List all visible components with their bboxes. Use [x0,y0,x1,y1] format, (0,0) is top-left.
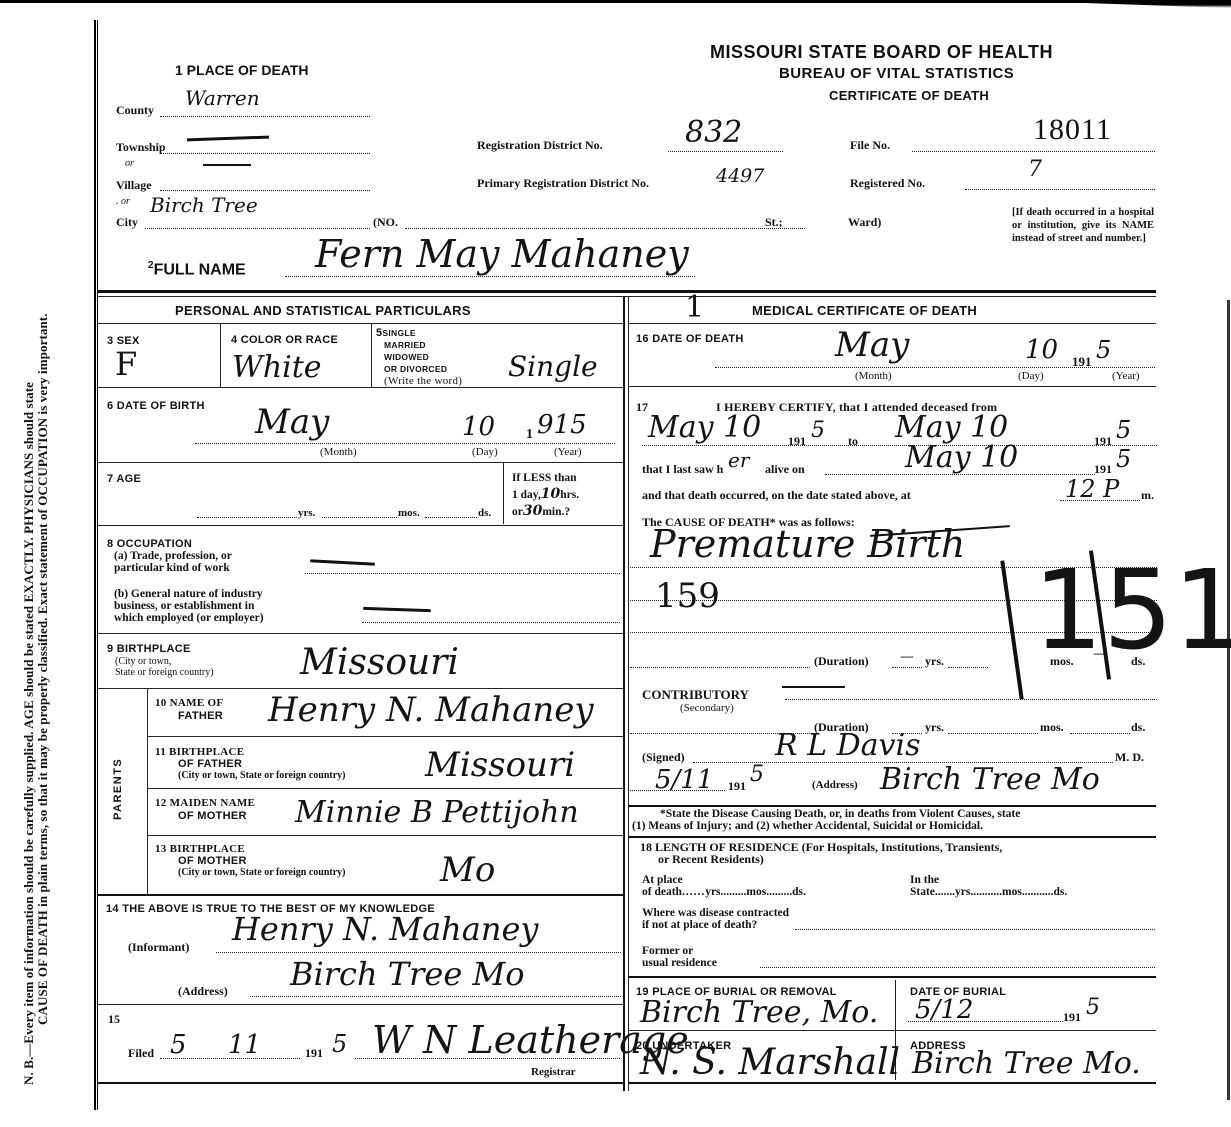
former-residence-line [760,967,1155,968]
full-name-label: 2FULL NAME [148,260,246,279]
full-name-line [285,276,695,277]
contributory-label: CONTRIBUTORY [642,687,749,703]
father-bp-label-1: 11 BIRTHPLACE [155,746,345,758]
divider [98,1082,623,1084]
former-residence-label: Former or usual residence [642,945,717,969]
less-hours-field[interactable]: 10 [541,486,560,502]
occupation-a-line2: particular kind of work [114,562,232,574]
dob-month-caption: (Month) [320,446,357,458]
dob-line [195,443,615,444]
divider [147,736,623,737]
cause-code-field[interactable]: 159 [655,576,720,616]
divider [98,1004,623,1005]
in-state-mos: mos. [1002,886,1025,898]
filed-month-field[interactable]: 5 [170,1030,187,1060]
dob-year-prefix: 1 [526,427,533,443]
county-label: County [116,103,154,118]
birthplace-field[interactable]: Missouri [300,642,459,683]
contracted-2: if not at place of death? [642,919,789,931]
dob-label: 6 DATE OF BIRTH [107,400,205,412]
marital-divorced: OR DIVORCED [376,363,462,375]
sex-field[interactable]: F [115,345,137,383]
village-label: Village [116,178,152,193]
duration-label: (Duration) [814,654,869,669]
duration2-ds-line [1070,733,1130,734]
father-birthplace-field[interactable]: Missouri [425,745,575,785]
side-note-line-1: N. B.—Every item of information should b… [22,45,36,1085]
occupation-label: 8 OCCUPATION [107,538,192,550]
marital-instruction: (Write the word) [376,375,462,387]
village-field[interactable] [203,164,251,166]
section-divider-top-2 [98,296,1156,297]
duration-yrs-label: yrs. [925,654,944,669]
occupation-b-line3: which employed (or employer) [114,612,264,624]
registration-district-label: Registration District No. [477,138,603,153]
dob-month-field[interactable]: May [255,402,329,442]
attended-from-year-prefix: 191 [788,434,806,449]
informant-line [216,952,621,953]
occupation-b-line2: business, or establishment in [114,600,264,612]
divider [98,894,623,896]
registration-district-field[interactable]: 832 [685,115,742,150]
age-mos-label: mos. [398,507,420,519]
divider [371,323,372,388]
medical-section-mark: 1 [685,290,704,325]
divider [628,1082,1156,1084]
at-place-ds: ds. [792,886,806,898]
signed-date-field[interactable]: 5/11 [655,765,713,795]
occupation-b-field[interactable] [363,607,431,612]
street-label: St.; [765,215,783,230]
dob-day-caption: (Day) [472,446,498,458]
divider [98,387,623,388]
mother-label-2: OF MOTHER [155,810,255,823]
parents-side-label: PARENTS [112,758,124,820]
dod-day-caption: (Day) [1018,370,1044,382]
informant-address-field[interactable]: Birch Tree Mo [290,955,524,993]
contracted-1: Where was disease contracted [642,907,789,919]
occupation-a-label: (a) Trade, profession, or particular kin… [114,550,232,574]
primary-district-label: Primary Registration District No. [477,176,649,191]
dod-month-caption: (Month) [855,370,892,382]
duration-ds-label: ds. [1131,654,1145,669]
father-birthplace-label: 11 BIRTHPLACE OF FATHER (City or town, S… [155,746,345,782]
less-than-label: If LESS than [512,470,579,486]
stamp-bar-left [1000,560,1023,699]
contracted-line [795,929,1155,930]
medical-section-title: MEDICAL CERTIFICATE OF DEATH [752,303,977,318]
contributory-field[interactable] [782,686,845,688]
occupation-a-field[interactable] [310,559,375,565]
dob-year-caption: (Year) [554,446,582,458]
residence-header: 18 LENGTH OF RESIDENCE (For Hospitals, I… [640,841,1002,865]
attended-from-year-field[interactable]: 5 [811,418,825,443]
contributory-line [785,699,1157,700]
mother-name-label: 12 MAIDEN NAME OF MOTHER [155,797,255,823]
county-line [160,116,370,117]
age-mos-line [322,517,397,518]
race-label: 4 COLOR OR RACE [231,334,338,346]
age-ds-line [425,517,477,518]
dod-year-caption: (Year) [1112,370,1140,382]
parents-divider [147,688,148,896]
dod-year-prefix: 191 [1072,354,1092,370]
undertaker-address-field[interactable]: Birch Tree Mo. [912,1046,1141,1081]
signed-label: (Signed) [642,750,685,765]
divider [98,688,623,689]
at-place-2: of death [642,886,682,898]
primary-district-field[interactable]: 4497 [716,165,764,187]
registered-no-label: Registered No. [850,176,925,191]
dod-month-field[interactable]: May [835,325,909,365]
file-no-line [912,151,1155,152]
marital-status-field[interactable]: Single [508,350,598,383]
contributory-sub: (Secondary) [680,702,734,714]
father-name-label: 10 NAME OF FATHER [155,696,223,723]
duration2-ds-label: ds. [1131,720,1145,735]
last-saw-label-a: that I last saw h [642,462,723,477]
city-field[interactable]: Birch Tree [150,193,258,217]
registration-district-line [668,151,783,152]
side-instruction-note: N. B.—Every item of information should b… [22,45,82,1085]
duration2-mos-line [948,733,1038,734]
informant-address-line [250,996,621,997]
footnote-line-1: *State the Disease Causing Death, or, in… [660,808,1020,820]
divider [628,386,1156,387]
divider [628,836,1156,838]
duration2-yrs-label: yrs. [925,720,944,735]
birthplace-sub: (City or town, State or foreign country) [115,656,214,678]
marital-single: SINGLE [382,328,415,338]
age-yrs-label: yrs. [298,507,315,519]
place-of-death-heading: 1 PLACE OF DEATH [175,62,309,78]
registered-no-field[interactable]: 7 [1028,157,1042,182]
duration-line [630,667,810,668]
last-saw-label-b: alive on [765,462,805,477]
attended-from-field[interactable]: May 10 [648,410,761,445]
one-day-label: 1 day, [512,489,541,501]
undertaker-field[interactable]: N. S. Marshall [640,1042,900,1083]
occupation-b-line [362,622,620,623]
mother-bp-label-2: OF MOTHER [155,855,345,867]
last-saw-pronoun-field[interactable]: er [728,448,749,472]
township-field[interactable] [187,136,269,142]
divider [98,462,623,463]
duration-mos-line [948,667,988,668]
mother-bp-label-1: 13 BIRTHPLACE [155,843,345,855]
form-left-border [94,20,98,1110]
file-no-field[interactable]: 18011 [1033,113,1112,147]
filed-day-field[interactable]: 11 [228,1030,261,1060]
at-place-1: At place [642,874,806,886]
township-line [160,153,370,154]
former-2: usual residence [642,957,717,969]
occupation-a-line1: (a) Trade, profession, or [114,550,232,562]
occupation-b-line1: (b) General nature of industry [114,588,264,600]
marital-married: MARRIED [376,339,462,351]
mother-bp-sub: (City or town, State or foreign country) [155,867,345,879]
mother-birthplace-field[interactable]: Mo [440,850,495,890]
divider [98,525,623,526]
min-label: min.? [542,506,570,518]
occupation-a-line [305,573,620,574]
divider [220,323,221,388]
father-name-field[interactable]: Henry N. Mahaney [268,690,594,730]
burial-year-prefix: 191 [1063,1010,1081,1025]
scan-corner-shadow [1000,0,1231,8]
age-ds-label: ds. [478,507,491,519]
street-line [405,228,805,229]
divider [628,323,1156,324]
ward-label: Ward) [848,215,881,230]
dob-year-field[interactable]: 915 [537,410,587,440]
in-state-2: State [910,886,935,898]
dod-label: 16 DATE OF DEATH [636,333,744,345]
md-label: M. D. [1115,750,1144,765]
residence-header-2: or Recent Residents) [640,853,1002,865]
divider [98,633,623,634]
less-minutes-field[interactable]: 30 [523,503,542,519]
divider [147,835,623,836]
or-label-2: . or [116,196,130,207]
duration-yrs-line [892,667,922,668]
filed-year-prefix: 191 [305,1046,323,1061]
attended-to-year-prefix: 191 [1094,434,1112,449]
informant-field[interactable]: Henry N. Mahaney [232,910,538,948]
father-bp-sub: (City or town, State or foreign country) [155,770,345,782]
filing-number: 15 [108,1012,120,1027]
cause-field[interactable]: Premature Birth [650,522,965,566]
registrar-label: Registrar [531,1066,576,1078]
last-saw-year-field[interactable]: 5 [1116,445,1131,473]
certificate-title: CERTIFICATE OF DEATH [829,88,989,103]
signed-field[interactable]: R L Davis [775,728,920,763]
informant-address-label: (Address) [178,984,228,999]
form-right-border [1227,300,1230,1100]
occurred-time-field[interactable]: 12 P [1065,475,1119,503]
dob-day-field[interactable]: 10 [462,412,495,442]
hrs-label: hrs. [560,489,579,501]
divider [147,788,623,789]
marital-widowed: WIDOWED [376,351,462,363]
contracted-label: Where was disease contracted if not at p… [642,907,789,931]
street-no-label: (NO. [373,215,398,230]
divider [503,462,504,524]
father-label-1: 10 NAME OF [155,697,223,709]
at-place-label: At place of death......yrs.........mos..… [642,874,806,898]
full-name-field[interactable]: Fern May Mahaney [315,232,689,276]
birthplace-sub1: (City or town, [115,656,214,667]
birthplace-label: 9 BIRTHPLACE [107,643,191,655]
filed-year-field[interactable]: 5 [332,1030,347,1058]
hospital-instruction: [If death occurred in a hospital or inst… [1012,206,1154,245]
city-label: City [116,215,138,230]
village-line [160,190,370,191]
dod-year-field[interactable]: 5 [1096,336,1111,364]
at-place-mos: mos. [746,886,769,898]
birthplace-sub2: State or foreign country) [115,667,214,678]
last-saw-date-field[interactable]: May 10 [905,440,1018,475]
stamp-code-field[interactable]: 151 [1033,555,1231,665]
age-label: 7 AGE [107,473,141,485]
duration-ds-field[interactable]: — [1093,646,1107,662]
divider [98,323,623,324]
township-label: Township [116,140,166,155]
divider [628,1030,1156,1031]
father-label-2: FATHER [155,710,223,723]
burial-place-field[interactable]: Birch Tree, Mo. [640,995,878,1030]
signed-year-prefix: 191 [728,779,746,794]
mother-birthplace-label: 13 BIRTHPLACE OF MOTHER (City or town, S… [155,843,345,879]
occupation-b-label: (b) General nature of industry business,… [114,588,264,624]
attended-to-year-field[interactable]: 5 [1116,416,1131,444]
informant-label: (Informant) [128,940,189,955]
duration-yrs-field[interactable]: — [900,649,914,665]
or-label-1: or [125,158,134,169]
in-state-ds: ds. [1053,886,1067,898]
burial-year-field[interactable]: 5 [1086,995,1100,1020]
file-no-label: File No. [850,138,890,153]
footnote-line-2: (1) Means of Injury; and (2) whether Acc… [632,820,983,832]
board-title: MISSOURI STATE BOARD OF HEALTH [710,42,1053,63]
mother-label-1: 12 MAIDEN NAME [155,797,255,810]
burial-date-field[interactable]: 5/12 [915,995,973,1025]
registered-no-line [965,189,1155,190]
former-1: Former or [642,945,717,957]
physician-address-label: (Address) [812,779,858,791]
physician-address-field[interactable]: Birch Tree Mo [880,762,1100,797]
less-than-day-block: If LESS than 1 day,10hrs. or30min.? [512,470,579,520]
in-state-label: In the State.......yrs...........mos....… [910,874,1067,898]
or-label: or [512,506,523,518]
to-label: to [848,434,858,449]
divider [628,805,1156,807]
side-note-line-2: CAUSE OF DEATH in plain terms, so that i… [36,45,50,1085]
section-divider-top [98,290,1156,293]
bureau-subtitle: BUREAU OF VITAL STATISTICS [779,65,1014,82]
divider [628,976,1156,978]
attended-line [642,445,1157,446]
occurred-suffix: m. [1141,488,1154,503]
county-field[interactable]: Warren [185,86,260,110]
race-field[interactable]: White [232,350,322,385]
signed-year-field[interactable]: 5 [750,762,764,787]
duration-mos-label: mos. [1050,654,1074,669]
in-state-yrs: yrs. [955,886,973,898]
father-bp-label-2: OF FATHER [155,758,345,770]
city-line [145,228,370,229]
age-yrs-line [197,517,297,518]
filed-label: Filed [128,1046,154,1061]
occurred-text: and that death occurred, on the date sta… [642,488,911,503]
certify-number: 17 [636,400,648,415]
column-divider-left [623,296,625,1091]
full-name-label-text: FULL NAME [154,261,246,278]
column-divider-right [628,296,629,1091]
dod-day-field[interactable]: 10 [1025,335,1058,365]
personal-section-title: PERSONAL AND STATISTICAL PARTICULARS [175,303,471,318]
mother-name-field[interactable]: Minnie B Pettijohn [295,795,579,830]
marital-status-label: 5SINGLE MARRIED WIDOWED OR DIVORCED (Wri… [376,327,462,387]
at-place-yrs: yrs. [705,886,723,898]
in-state-1: In the [910,874,1067,886]
duration2-mos-label: mos. [1040,720,1064,735]
